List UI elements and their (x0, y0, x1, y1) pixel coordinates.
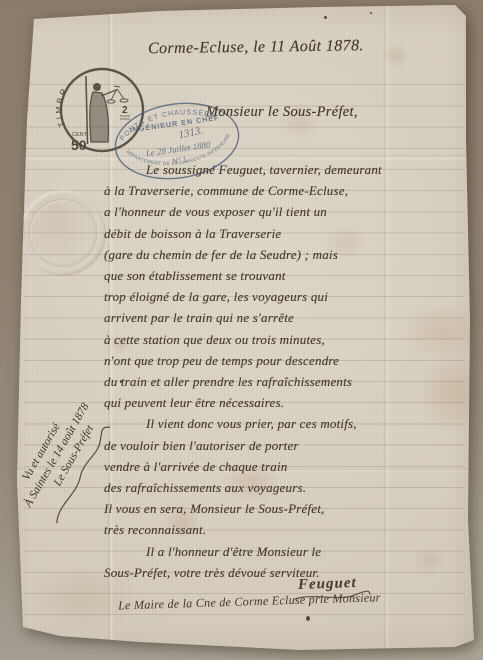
timbre-word: TIMBRE (56, 60, 70, 129)
body-line: Le soussigné Feuguet, tavernier, demeura… (104, 159, 470, 180)
body-line: a l'honneur de vous exposer qu'il tient … (104, 201, 470, 222)
ink-speck (370, 12, 372, 14)
stamp-value: 50 (71, 137, 87, 153)
photo-background: TIMBRE 2 CENT. 50 PONTS ET CHAUSSÉES ING… (0, 0, 483, 660)
body-line: vendre à l'arrivée de chaque train (104, 456, 470, 477)
body-line: de vouloir bien l'autoriser de porter (104, 435, 470, 456)
ink-speck (306, 616, 310, 621)
body-line: Sous-Préfet, votre très dévoué serviteur… (104, 562, 470, 583)
body-line: Il vous en sera, Monsieur le Sous-Préfet… (104, 498, 470, 519)
body-line: à la Traverserie, commune de Corme-Eclus… (104, 180, 470, 201)
scales-pan-left (107, 100, 115, 103)
body-line: à cette station que deux ou trois minute… (104, 329, 470, 350)
body-line: débit de boisson à la Traverserie (104, 223, 470, 244)
body-line: très reconnaissant. (104, 519, 470, 540)
body-line: n'ont que trop peu de temps pour descend… (104, 350, 470, 371)
body-line: Il vient donc vous prier, par ces motifs… (104, 413, 470, 434)
letter-paper: TIMBRE 2 CENT. 50 PONTS ET CHAUSSÉES ING… (0, 0, 483, 660)
letter-body: Le soussigné Feuguet, tavernier, demeura… (104, 159, 470, 583)
dateline: Corme-Ecluse, le 11 Août 1878. (148, 36, 468, 58)
scales-strings (111, 86, 124, 100)
body-line: arrivent par le train qui ne s'arrête (104, 307, 470, 328)
body-line: qui peuvent leur être nécessaires. (104, 392, 470, 413)
embossed-seal-inner-ring (29, 199, 97, 267)
body-line: que son établissement se trouvant (104, 265, 470, 286)
salutation: Monsieur le Sous-Préfet, (206, 104, 358, 121)
body-line: des rafraîchissements aux voyageurs. (104, 477, 470, 498)
paper-shadow-wrap: TIMBRE 2 CENT. 50 PONTS ET CHAUSSÉES ING… (0, 0, 483, 660)
ink-speck (324, 16, 327, 19)
body-line: (gare du chemin de fer de la Seudre) ; m… (104, 244, 470, 265)
justice-head (93, 83, 101, 91)
body-line: trop éloigné de la gare, les voyageurs q… (104, 286, 470, 307)
embossed-blind-seal (20, 190, 106, 276)
body-line: Il a l'honneur d'être Monsieur le (104, 541, 470, 562)
body-line: du train et aller prendre les rafraîchis… (104, 371, 470, 392)
